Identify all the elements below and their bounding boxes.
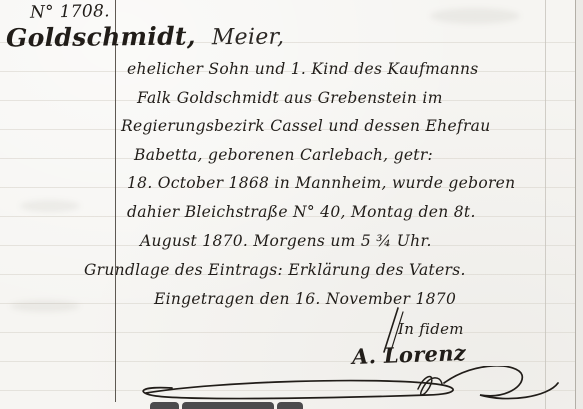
page-edge-strip [576, 0, 583, 409]
page-edge-line [575, 0, 576, 409]
given-name: Meier, [212, 25, 285, 51]
registrar-signature: A. Lorenz [352, 340, 467, 369]
name-heading: Goldschmidt,Meier, [6, 21, 285, 53]
entry-line: Regierungsbezirk Cassel und dessen Ehefr… [121, 117, 491, 135]
registration-date-line: Eingetragen den 16. November 1870 [154, 290, 456, 308]
attestation-text: In fidem [398, 320, 464, 338]
entry-line: Falk Goldschmidt aus Grebenstein im [137, 89, 443, 107]
taskbar-item-edge[interactable] [277, 402, 303, 409]
entry-line: ehelicher Sohn und 1. Kind des Kaufmanns [127, 60, 479, 78]
entry-line: Babetta, geborenen Carlebach, getr: [134, 146, 433, 164]
ink-bleedthrough [20, 200, 80, 212]
entry-line: August 1870. Morgens um 5 ¾ Uhr. [140, 232, 432, 250]
entry-line: 18. October 1868 in Mannheim, wurde gebo… [127, 174, 515, 192]
right-column-line [545, 0, 546, 409]
taskbar-item-edge[interactable] [182, 402, 274, 409]
entry-line: dahier Bleichstraße N° 40, Montag den 8t… [127, 203, 476, 221]
record-number: N° 1708. [30, 1, 110, 22]
basis-of-entry-line: Grundlage des Eintrags: Erklärung des Va… [84, 261, 466, 279]
surname: Goldschmidt, [6, 21, 196, 52]
scanned-register-page: N° 1708. Goldschmidt,Meier, ehelicher So… [0, 0, 583, 409]
ink-bleedthrough [430, 8, 520, 24]
margin-rule-line [115, 0, 116, 402]
signature-flourish-icon [128, 366, 568, 406]
taskbar-item-edge[interactable] [150, 402, 179, 409]
ink-bleedthrough [10, 300, 80, 312]
